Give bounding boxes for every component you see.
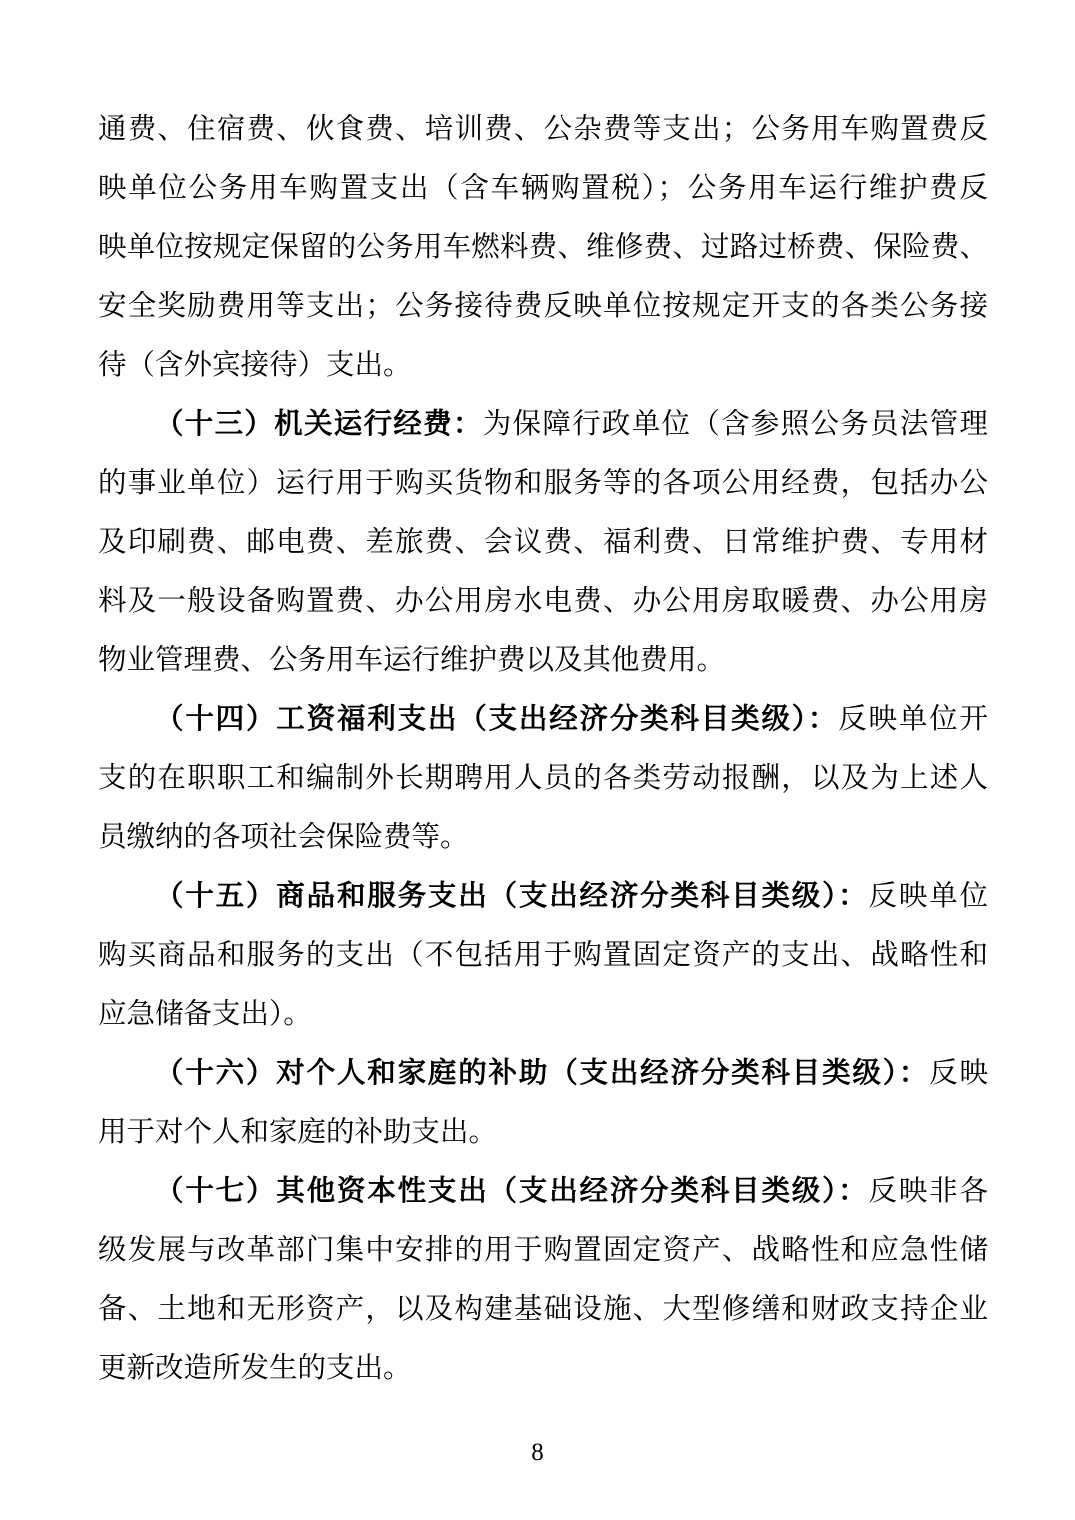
para-continuation: 通费、住宿费、伙食费、培训费、公杂费等支出；公务用车购置费反映单位公务用车购置支… xyxy=(98,100,988,395)
text-line: 员缴纳的各项社会保险费等。 xyxy=(98,808,988,867)
para-item-16: （十六）对个人和家庭的补助（支出经济分类科目类级）：反映用于对个人和家庭的补助支… xyxy=(98,1044,988,1162)
text-run: 映单位公务用车购置支出（含车辆购置税）；公务用车运行维护费反 xyxy=(98,173,988,204)
text-run: 映单位按规定保留的公务用车燃料费、维修费、过路过桥费、保险费、 xyxy=(98,232,988,263)
text-run: 支的在职职工和编制外长期聘用人员的各类劳动报酬，以及为上述人 xyxy=(98,763,988,794)
heading-run: （十七）其他资本性支出（支出经济分类科目类级）： xyxy=(155,1176,869,1207)
heading-run: （十三）机关运行经费： xyxy=(155,409,483,440)
heading-run: （十六）对个人和家庭的补助（支出经济分类科目类级）： xyxy=(155,1058,929,1089)
text-run: 待（含外宾接待）支出。 xyxy=(98,350,412,381)
text-line: 通费、住宿费、伙食费、培训费、公杂费等支出；公务用车购置费反 xyxy=(98,100,988,159)
text-line: （十三）机关运行经费：为保障行政单位（含参照公务员法管理 xyxy=(98,395,988,454)
text-line: 的事业单位）运行用于购买货物和服务等的各项公用经费，包括办公 xyxy=(98,454,988,513)
para-item-13: （十三）机关运行经费：为保障行政单位（含参照公务员法管理的事业单位）运行用于购买… xyxy=(98,395,988,690)
text-run: 的事业单位）运行用于购买货物和服务等的各项公用经费，包括办公 xyxy=(98,468,988,499)
text-run: 购买商品和服务的支出（不包括用于购置固定资产的支出、战略性和 xyxy=(98,940,988,971)
text-line: （十四）工资福利支出（支出经济分类科目类级）：反映单位开 xyxy=(98,690,988,749)
text-line: 待（含外宾接待）支出。 xyxy=(98,336,988,395)
text-line: 更新改造所发生的支出。 xyxy=(98,1339,988,1398)
text-line: 物业管理费、公务用车运行维护费以及其他费用。 xyxy=(98,631,988,690)
text-run: 物业管理费、公务用车运行维护费以及其他费用。 xyxy=(98,645,725,676)
text-run: 用于对个人和家庭的补助支出。 xyxy=(98,1117,497,1148)
text-run: 通费、住宿费、伙食费、培训费、公杂费等支出；公务用车购置费反 xyxy=(98,114,988,145)
text-line: 安全奖励费用等支出；公务接待费反映单位按规定开支的各类公务接 xyxy=(98,277,988,336)
text-line: （十七）其他资本性支出（支出经济分类科目类级）：反映非各 xyxy=(98,1162,988,1221)
text-line: 支的在职职工和编制外长期聘用人员的各类劳动报酬，以及为上述人 xyxy=(98,749,988,808)
text-run: 反映单位 xyxy=(869,881,988,912)
text-run: 为保障行政单位（含参照公务员法管理 xyxy=(483,409,988,440)
text-run: 反映单位开 xyxy=(838,704,988,735)
text-line: 及印刷费、邮电费、差旅费、会议费、福利费、日常维护费、专用材 xyxy=(98,513,988,572)
para-item-15: （十五）商品和服务支出（支出经济分类科目类级）：反映单位购买商品和服务的支出（不… xyxy=(98,867,988,1044)
text-run: 更新改造所发生的支出。 xyxy=(98,1353,412,1384)
text-run: 级发展与改革部门集中安排的用于购置固定资产、战略性和应急性储 xyxy=(98,1235,988,1266)
text-line: （十六）对个人和家庭的补助（支出经济分类科目类级）：反映 xyxy=(98,1044,988,1103)
para-item-14: （十四）工资福利支出（支出经济分类科目类级）：反映单位开支的在职职工和编制外长期… xyxy=(98,690,988,867)
text-line: （十五）商品和服务支出（支出经济分类科目类级）：反映单位 xyxy=(98,867,988,926)
document-body: 通费、住宿费、伙食费、培训费、公杂费等支出；公务用车购置费反映单位公务用车购置支… xyxy=(98,100,988,1398)
text-line: 料及一般设备购置费、办公用房水电费、办公用房取暖费、办公用房 xyxy=(98,572,988,631)
document-page: 通费、住宿费、伙食费、培训费、公杂费等支出；公务用车购置费反映单位公务用车购置支… xyxy=(0,0,1075,1520)
text-line: 映单位公务用车购置支出（含车辆购置税）；公务用车运行维护费反 xyxy=(98,159,988,218)
text-run: 安全奖励费用等支出；公务接待费反映单位按规定开支的各类公务接 xyxy=(98,291,988,322)
text-run: 反映非各 xyxy=(869,1176,988,1207)
text-run: 料及一般设备购置费、办公用房水电费、办公用房取暖费、办公用房 xyxy=(98,586,988,617)
text-run: 员缴纳的各项社会保险费等。 xyxy=(98,822,469,853)
text-run: 备、土地和无形资产，以及构建基础设施、大型修缮和财政支持企业 xyxy=(98,1294,988,1325)
text-line: 应急储备支出）。 xyxy=(98,985,988,1044)
heading-run: （十五）商品和服务支出（支出经济分类科目类级）： xyxy=(155,881,869,912)
text-line: 级发展与改革部门集中安排的用于购置固定资产、战略性和应急性储 xyxy=(98,1221,988,1280)
text-line: 备、土地和无形资产，以及构建基础设施、大型修缮和财政支持企业 xyxy=(98,1280,988,1339)
text-line: 用于对个人和家庭的补助支出。 xyxy=(98,1103,988,1162)
para-item-17: （十七）其他资本性支出（支出经济分类科目类级）：反映非各级发展与改革部门集中安排… xyxy=(98,1162,988,1398)
page-number: 8 xyxy=(0,1438,1075,1468)
text-line: 映单位按规定保留的公务用车燃料费、维修费、过路过桥费、保险费、 xyxy=(98,218,988,277)
text-run: 反映 xyxy=(929,1058,988,1089)
text-line: 购买商品和服务的支出（不包括用于购置固定资产的支出、战略性和 xyxy=(98,926,988,985)
text-run: 应急储备支出）。 xyxy=(98,999,312,1030)
heading-run: （十四）工资福利支出（支出经济分类科目类级）： xyxy=(155,704,838,735)
text-run: 及印刷费、邮电费、差旅费、会议费、福利费、日常维护费、专用材 xyxy=(98,527,988,558)
